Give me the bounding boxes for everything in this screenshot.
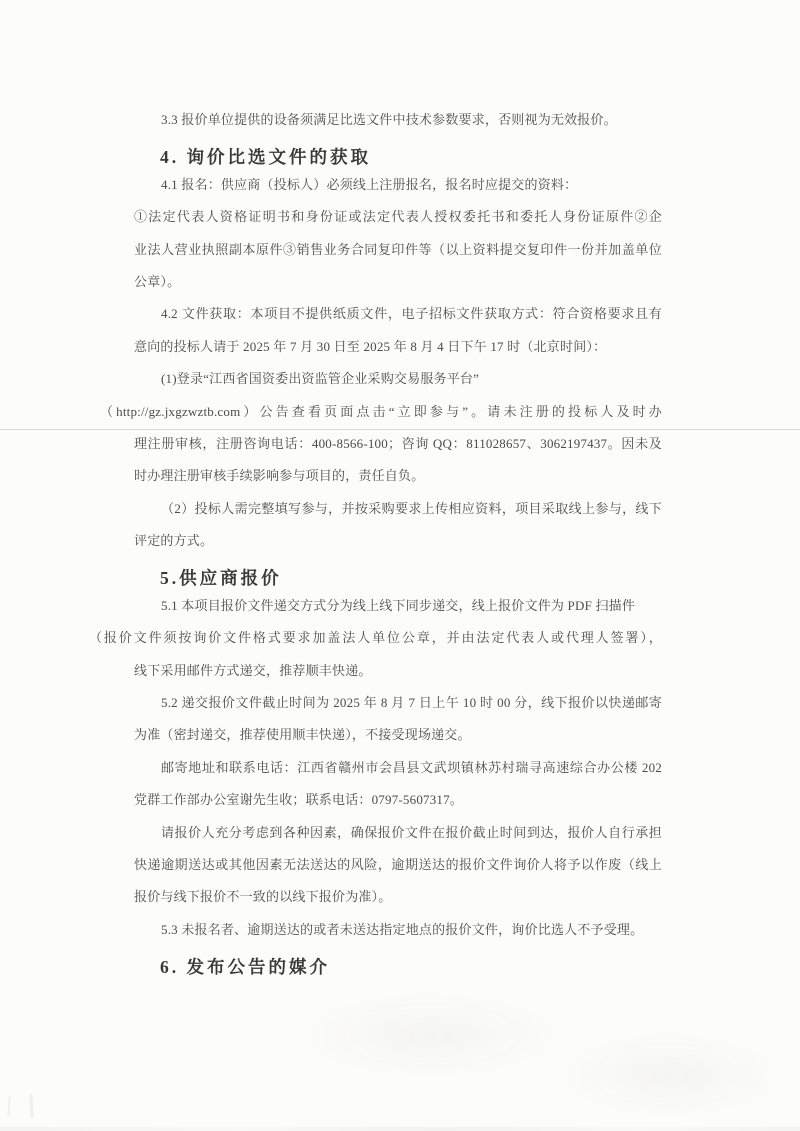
text-line: 请报价人充分考虑到各种因素，确保报价文件在报价截止时间到达，报价人自行承担	[134, 817, 662, 849]
text-line: 党群工作部办公室谢先生收；联系电话：0797-5607317。	[134, 784, 662, 816]
text-line: 报价与线下报价不一致的以线下报价为准）。	[134, 881, 662, 913]
text-line: （报价文件须按询价文件格式要求加盖法人单位公章，并由法定代表人或代理人签署），	[89, 622, 662, 654]
section-heading: 5.供应商报价	[134, 562, 662, 594]
section-heading: 4. 询价比选文件的获取	[134, 141, 662, 173]
text-line: （2）投标人需完整填写参与，并按采购要求上传相应资料，项目采取线上参与，线下	[134, 493, 662, 525]
text-line: 4.2 文件获取：本项目不提供纸质文件，电子招标文件获取方式：符合资格要求且有	[134, 298, 662, 330]
text-line: 邮寄地址和联系电话：江西省赣州市会昌县文武坝镇林苏村瑞寻高速综合办公楼 202	[134, 752, 662, 784]
scanned-document-page: 3.3 报价单位提供的设备须满足比选文件中技术参数要求，否则视为无效报价。4. …	[0, 0, 800, 1131]
scanner-artifact-line	[0, 429, 800, 430]
scan-mark	[29, 1094, 33, 1118]
text-line: 公章）。	[134, 266, 662, 298]
scan-edge-noise	[0, 1127, 800, 1131]
text-line: ①法定代表人资格证明书和身份证或法定代表人授权委托书和委托人身份证原件②企	[134, 201, 662, 233]
text-line: 评定的方式。	[134, 525, 662, 557]
scan-smudge	[300, 990, 560, 1080]
text-line: 线下采用邮件方式递交，推荐顺丰快递。	[134, 655, 662, 687]
text-line: 为准（密封递交，推荐使用顺丰快递），不接受现场递交。	[134, 719, 662, 751]
scan-mark	[7, 1096, 10, 1116]
text-line: 快递逾期送达或其他因素无法送达的风险，逾期送达的报价文件询价人将予以作废（线上	[134, 849, 662, 881]
text-line: 5.2 递交报价文件截止时间为 2025 年 8 月 7 日上午 10 时 00…	[134, 687, 662, 719]
text-line: 3.3 报价单位提供的设备须满足比选文件中技术参数要求，否则视为无效报价。	[134, 104, 662, 136]
text-line: 业法人营业执照副本原件③销售业务合同复印件等（以上资料提交复印件一份并加盖单位	[134, 234, 662, 266]
text-line: （http://gz.jxgzwztb.com）公告查看页面点击“立即参与”。请…	[100, 396, 662, 428]
text-line: (1)登录“江西省国资委出资监管企业采购交易服务平台”	[134, 363, 662, 395]
text-line: 意向的投标人请于 2025 年 7 月 30 日至 2025 年 8 月 4 日…	[134, 331, 662, 363]
text-line: 理注册审核，注册咨询电话：400-8566-100；咨询 QQ：81102865…	[134, 428, 662, 460]
text-line: 5.3 未报名者、逾期送达的或者未送达指定地点的报价文件，询价比选人不予受理。	[134, 914, 662, 946]
document-body: 3.3 报价单位提供的设备须满足比选文件中技术参数要求，否则视为无效报价。4. …	[134, 104, 662, 979]
scan-smudge	[560, 1030, 780, 1120]
text-line: 时办理注册审核手续影响参与项目的，责任自负。	[134, 460, 662, 492]
section-heading: 6. 发布公告的媒介	[134, 951, 662, 983]
